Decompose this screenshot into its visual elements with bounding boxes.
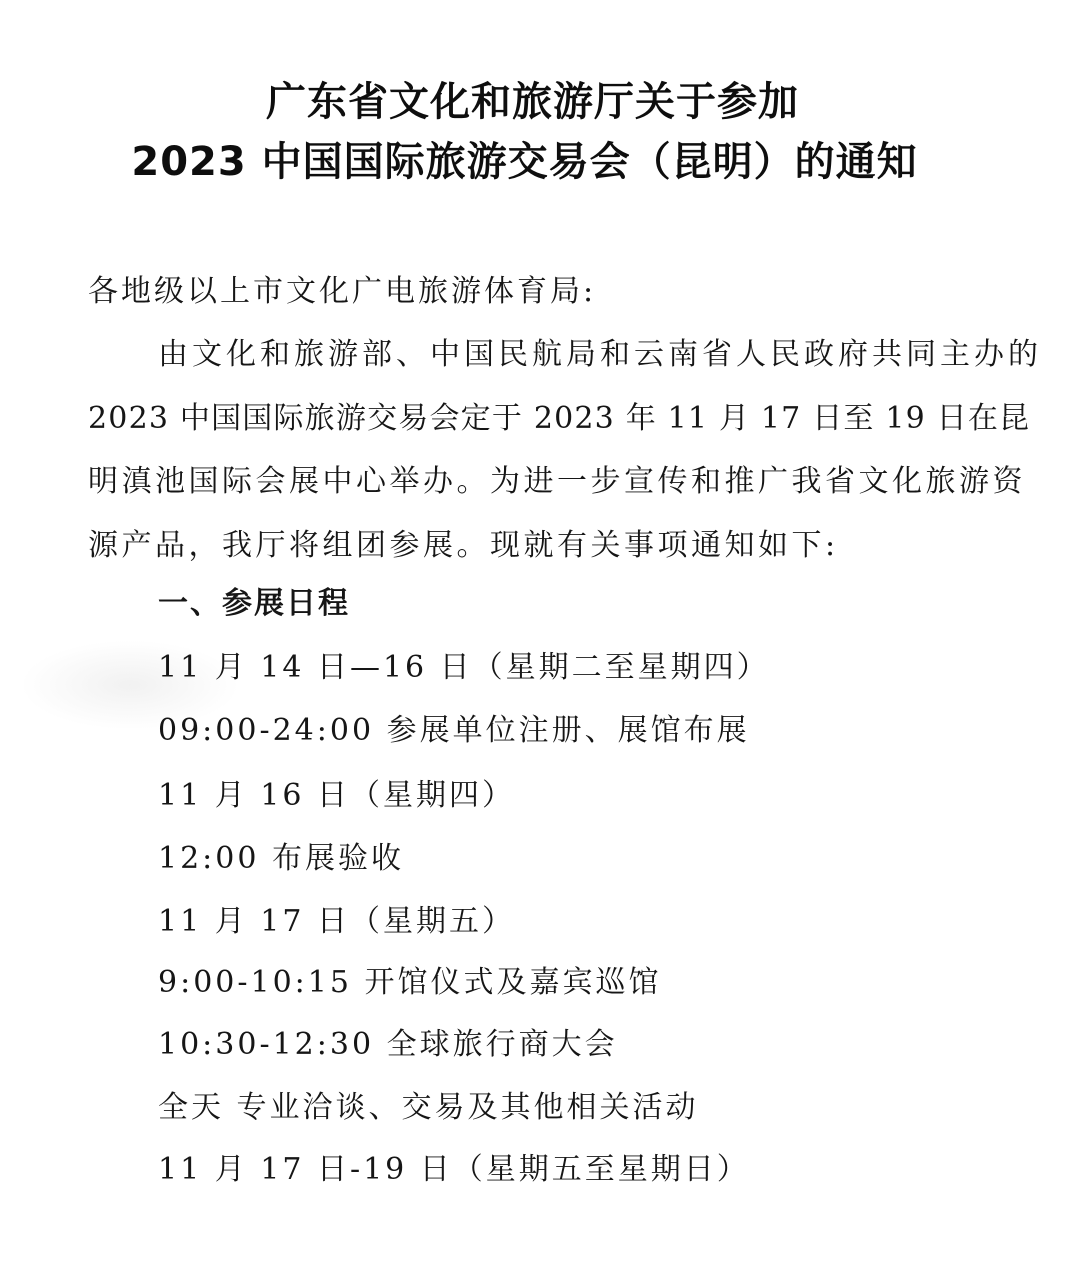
schedule-line: 11 月 14 日—16 日（星期二至星期四） <box>158 642 770 686</box>
intro-line-4: 源产品，我厅将组团参展。现就有关事项通知如下: <box>88 520 839 564</box>
section-heading: 一、参展日程 <box>158 578 350 622</box>
schedule-line: 11 月 17 日-19 日（星期五至星期日） <box>158 1144 750 1188</box>
salutation: 各地级以上市文化广电旅游体育局: <box>88 266 596 310</box>
intro-line-2: 2023 中国国际旅游交易会定于 2023 年 11 月 17 日至 19 日在… <box>88 393 1030 437</box>
schedule-line: 09:00-24:00 参展单位注册、展馆布展 <box>158 705 750 749</box>
document-title-line-1: 广东省文化和旅游厅关于参加 <box>0 70 1065 127</box>
schedule-line: 12:00 布展验收 <box>158 833 404 877</box>
schedule-line: 11 月 16 日（星期四） <box>158 770 515 814</box>
schedule-line: 10:30-12:30 全球旅行商大会 <box>158 1019 618 1063</box>
schedule-line: 11 月 17 日（星期五） <box>158 896 515 940</box>
schedule-line: 全天 专业洽谈、交易及其他相关活动 <box>158 1082 699 1126</box>
intro-line-1: 由文化和旅游部、中国民航局和云南省人民政府共同主办的 <box>158 329 1042 373</box>
document-title-line-2: 2023 中国国际旅游交易会（昆明）的通知 <box>0 130 1057 187</box>
schedule-line: 9:00-10:15 开馆仪式及嘉宾巡馆 <box>158 957 662 1001</box>
document-page: 广东省文化和旅游厅关于参加 2023 中国国际旅游交易会（昆明）的通知 各地级以… <box>0 0 1065 1273</box>
intro-line-3: 明滇池国际会展中心举办。为进一步宣传和推广我省文化旅游资 <box>88 456 1026 500</box>
